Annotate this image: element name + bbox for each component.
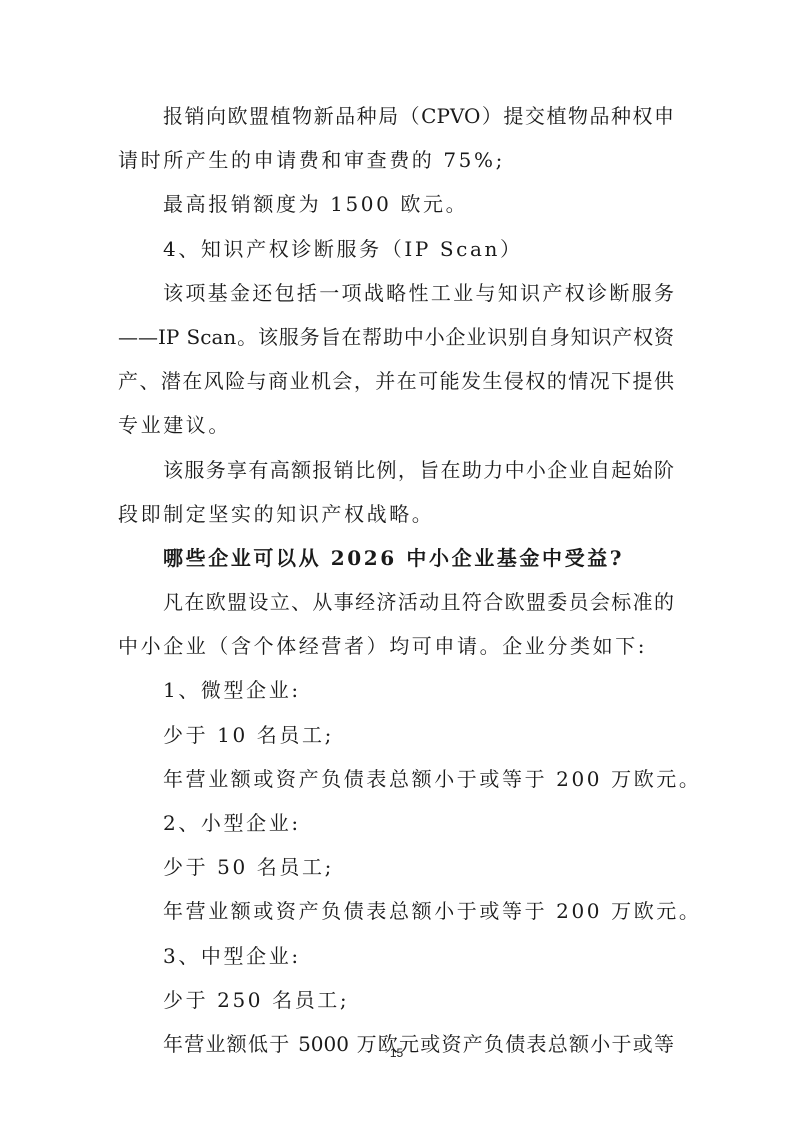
paragraph-line-ip-scan-1: 该项基金还包括一项战略性工业与知识产权诊断服务 xyxy=(118,276,674,320)
list-item-medium-employees: 少于 250 名员工; xyxy=(118,983,674,1027)
list-heading-micro-enterprise: 1、微型企业: xyxy=(118,673,674,717)
list-item-small-turnover: 年营业额或资产负债表总额小于或等于 200 万欧元。 xyxy=(118,894,674,938)
paragraph-line-cpvo-fees: 请时所产生的申请费和审查费的 75%; xyxy=(118,143,674,187)
paragraph-line-eligibility-1: 凡在欧盟设立、从事经济活动且符合欧盟委员会标准的 xyxy=(118,585,674,629)
list-heading-small-enterprise: 2、小型企业: xyxy=(118,806,674,850)
paragraph-line-ip-scan-3: 产、潜在风险与商业机会，并在可能发生侵权的情况下提供 xyxy=(118,364,674,408)
document-body: 报销向欧盟植物新品种局（CPVO）提交植物品种权申 请时所产生的申请费和审查费的… xyxy=(118,99,674,1071)
paragraph-line-ip-scan-4: 专业建议。 xyxy=(118,408,674,452)
list-heading-medium-enterprise: 3、中型企业: xyxy=(118,939,674,983)
section-heading-eligibility: 哪些企业可以从 2026 中小企业基金中受益? xyxy=(118,541,674,585)
document-page: 报销向欧盟植物新品种局（CPVO）提交植物品种权申 请时所产生的申请费和审查费的… xyxy=(0,0,793,1122)
paragraph-line-service-2: 段即制定坚实的知识产权战略。 xyxy=(118,497,674,541)
paragraph-line-eligibility-2: 中小企业（含个体经营者）均可申请。企业分类如下: xyxy=(118,629,674,673)
list-item-micro-turnover: 年营业额或资产负债表总额小于或等于 200 万欧元。 xyxy=(118,762,674,806)
page-number: 15 xyxy=(0,1046,793,1060)
paragraph-line-ip-scan-2: ——IP Scan。该服务旨在帮助中小企业识别自身知识产权资 xyxy=(118,320,674,364)
list-item-micro-employees: 少于 10 名员工; xyxy=(118,718,674,762)
paragraph-line-service-1: 该服务享有高额报销比例，旨在助力中小企业自起始阶 xyxy=(118,453,674,497)
list-item-small-employees: 少于 50 名员工; xyxy=(118,850,674,894)
paragraph-line-max-reimbursement: 最高报销额度为 1500 欧元。 xyxy=(118,187,674,231)
paragraph-line-cpvo-reimbursement: 报销向欧盟植物新品种局（CPVO）提交植物品种权申 xyxy=(118,99,674,143)
section-heading-ip-scan: 4、知识产权诊断服务（IP Scan） xyxy=(118,232,674,276)
